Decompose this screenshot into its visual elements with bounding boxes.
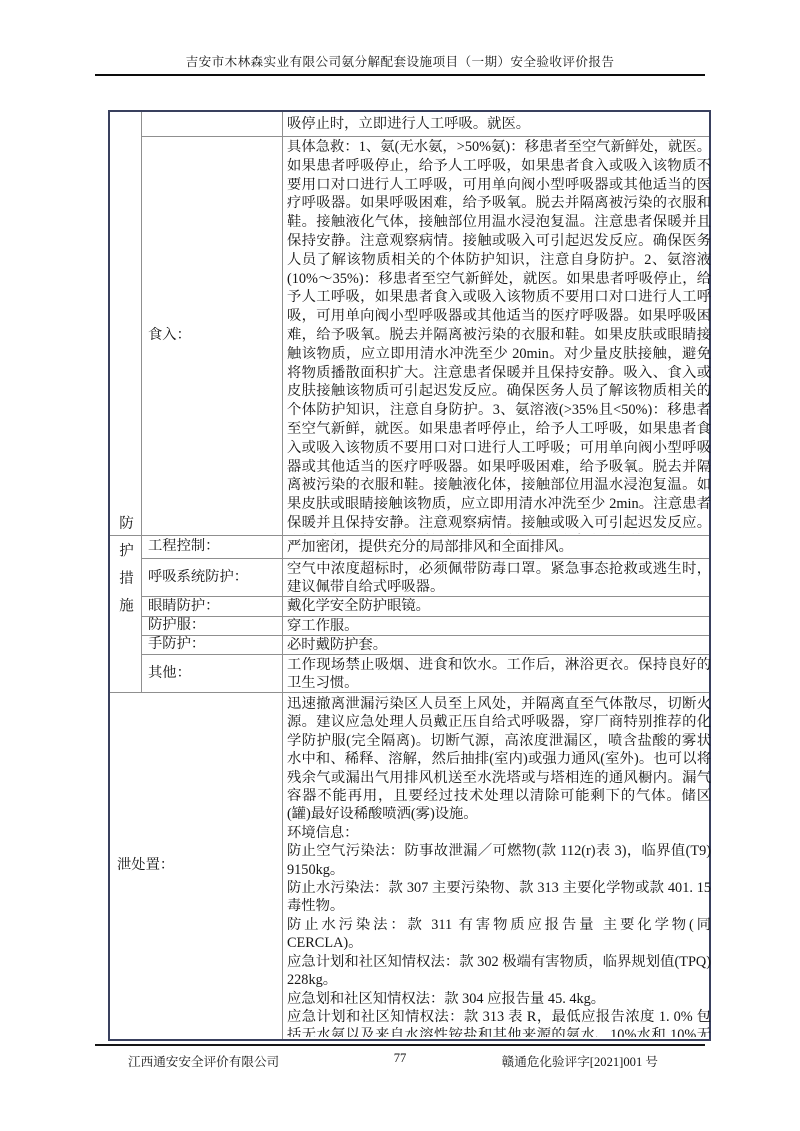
engineering-control-label: 工程控制： [148, 535, 280, 558]
respiratory-protection-content: 空气中浓度超标时，必须佩带防毒口罩。紧急事态抢救或逃生时，建议佩带自给式呼吸器。 [287, 560, 711, 596]
spill-env-line: 应急计划和社区知情权法：款 313 表 R，最低应报告浓度 1. 0% 包括无水… [287, 1008, 711, 1037]
protection-group-label: 防护措施 [110, 448, 141, 692]
respiratory-protection-label: 呼吸系统防护： [148, 558, 280, 596]
protective-clothing-label: 防护服： [148, 616, 280, 635]
header-rule [95, 74, 705, 76]
spill-handling-label: 泄处置： [117, 692, 277, 1039]
hand-protection-content: 必时戴防护套。 [287, 635, 711, 654]
spill-env-line: 防止水污染法：款 311 有害物质应报告量 主要化学物(同 CERCLA)。 [287, 916, 711, 953]
safety-measures-table: 吸停止时，立即进行人工呼吸。就医。 食入： 具体急救：1、氨(无水氨，>50%氨… [108, 110, 711, 1041]
other-protection-label: 其他： [148, 654, 280, 692]
ingestion-label-text: 食入： [148, 326, 191, 344]
gridline-col1-divider [141, 112, 142, 692]
protective-clothing-content-text: 穿工作服。 [287, 617, 358, 635]
continuation-text: 吸停止时，立即进行人工呼吸。就医。 [287, 115, 707, 133]
engineering-control-content-text: 严加密闭，提供充分的局部排风和全面排风。 [287, 538, 573, 556]
eye-protection-label: 眼睛防护： [148, 596, 280, 616]
protective-clothing-label-text: 防护服： [148, 616, 205, 634]
footer-doc-number: 赣通危化验评字[2021]001 号 [502, 1051, 658, 1070]
hand-protection-label-text: 手防护： [148, 635, 205, 653]
spill-env-line: 防止空气污染法：防事故泄漏／可燃物(款 112(r)表 3)，临界值(T9) 9… [287, 842, 711, 879]
ingestion-label: 食入： [148, 136, 278, 535]
hand-protection-label: 手防护： [148, 635, 280, 654]
eye-protection-label-text: 眼睛防护： [148, 597, 219, 615]
footer-rule [95, 1044, 705, 1046]
footer-page-number: 77 [0, 1051, 800, 1066]
eye-protection-content-text: 戴化学安全防护眼镜。 [287, 597, 430, 615]
other-protection-content: 工作现场禁止吸烟、进食和饮水。工作后，淋浴更衣。保持良好的卫生习惯。 [287, 656, 711, 692]
document-page: 吉安市木林森实业有限公司氨分解配套设施项目（一期）安全验收评价报告 吸停止时，立… [0, 0, 800, 1131]
spill-env-line: 应急计划和社区知情权法：款 302 极端有害物质，临界规划值(TPQ) 228k… [287, 953, 711, 990]
ingestion-content: 具体急救：1、氨(无水氨，>50%氨)：移患者至空气新鲜处，就医。如果患者呼吸停… [287, 138, 711, 534]
spill-env-line: 防止水污染法：款 307 主要污染物、款 313 主要化学物或款 401. 15… [287, 879, 711, 916]
spill-handling-label-text: 泄处置： [117, 856, 174, 874]
engineering-control-content: 严加密闭，提供充分的局部排风和全面排风。 [287, 535, 711, 558]
respiratory-protection-label-text: 呼吸系统防护： [148, 568, 248, 586]
eye-protection-content: 戴化学安全防护眼镜。 [287, 596, 711, 616]
spill-env-line: 环境信息： [287, 824, 711, 842]
protective-clothing-content: 穿工作服。 [287, 616, 711, 635]
page-title: 吉安市木林森实业有限公司氨分解配套设施项目（一期）安全验收评价报告 [95, 51, 705, 70]
spill-env-line: 应急划和社区知情权法：款 304 应报告量 45. 4kg。 [287, 990, 711, 1008]
other-protection-label-text: 其他： [148, 664, 191, 682]
spill-handling-content: 迅速撤离泄漏污染区人员至上风处，并隔离直至气体散尽，切断火源。建议应急处理人员戴… [287, 695, 711, 1037]
hand-protection-content-text: 必时戴防护套。 [287, 636, 387, 654]
gridline-col2-divider [282, 112, 283, 1039]
spill-main-paragraph: 迅速撤离泄漏污染区人员至上风处，并隔离直至气体散尽，切断火源。建议应急处理人员戴… [287, 695, 711, 824]
engineering-control-label-text: 工程控制： [148, 537, 219, 555]
